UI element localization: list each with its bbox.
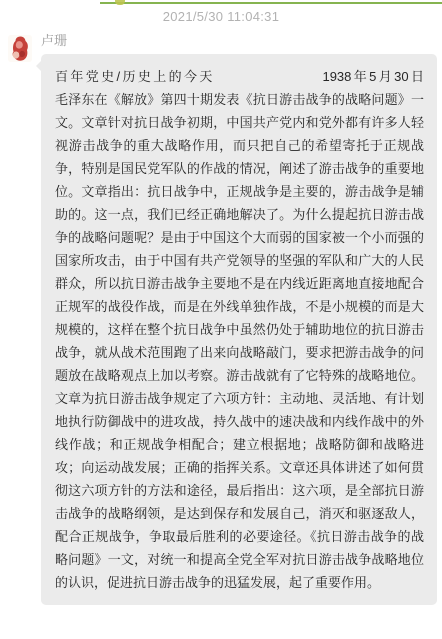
sender-name: 卢珊 — [41, 30, 67, 49]
bubble-tail — [36, 61, 41, 71]
cutoff-image-bottom-edge — [100, 2, 442, 4]
chat-window: { "page": { "background_color": "#ffffff… — [0, 0, 442, 639]
cutoff-emoji-remnant — [115, 0, 125, 5]
message-text: 百年党史/历史上的今天 1938年5月30日 毛泽东在《解放》第四十期发表《抗日… — [55, 65, 424, 594]
avatar-figure-icon — [8, 49, 32, 62]
message-timestamp: 2021/5/30 11:04:31 — [0, 9, 442, 24]
message-bubble[interactable]: 百年党史/历史上的今天 1938年5月30日 毛泽东在《解放》第四十期发表《抗日… — [41, 54, 437, 605]
avatar[interactable] — [8, 35, 32, 62]
